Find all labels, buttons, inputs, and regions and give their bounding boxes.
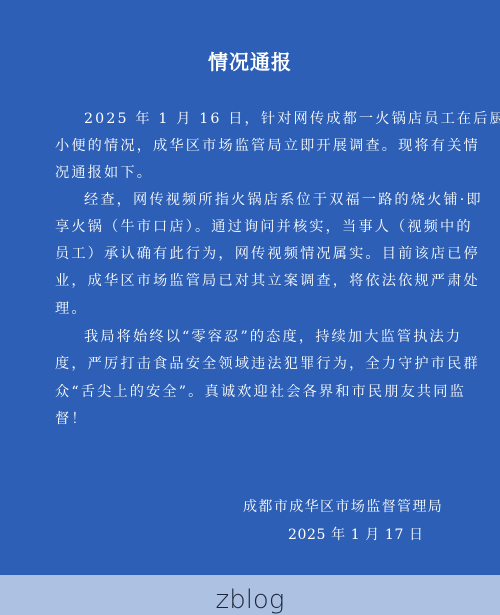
paragraph-1-line-2: 小便的情况，成华区市场监管局立即开展调查。现将有关情 (55, 137, 447, 155)
paragraph-2-line-2: 享火锅（牛市口店）。通过询问并核实，当事人（视频中的 (55, 218, 447, 236)
paragraph-3-line-4: 督！ (55, 410, 447, 428)
paragraph-3-line-3: 众“舌尖上的安全”。真诚欢迎社会各界和市民朋友共同监 (55, 383, 447, 401)
paragraph-3-line-2: 度，严厉打击食品安全领域违法犯罪行为，全力守护市民群 (55, 355, 447, 373)
paragraph-2-line-3: 员工）承认确有此行为，网传视频情况属实。目前该店已停 (55, 245, 447, 263)
issuer-name: 成都市成华区市场监督管理局 (243, 496, 443, 516)
paragraph-3-line-1: 我局将始终以“零容忍”的态度，持续加大监管执法力 (55, 328, 447, 346)
paragraph-1-line-1: 2025 年 1 月 16 日，针对网传成都一火锅店员工在后厨 (55, 110, 447, 128)
watermark-text: zblog (0, 585, 500, 615)
paragraph-2-line-4: 业，成华区市场监管局已对其立案调查，将依法依规严肃处 (55, 272, 447, 290)
notice-title: 情况通报 (0, 46, 500, 75)
paragraph-2-line-5: 理。 (55, 300, 447, 318)
issue-date: 2025 年 1 月 17 日 (288, 524, 424, 544)
notice-document: 情况通报 2025 年 1 月 16 日，针对网传成都一火锅店员工在后厨 小便的… (0, 0, 500, 575)
paragraph-1-line-3: 况通报如下。 (55, 164, 447, 182)
watermark-banner: zblog (0, 575, 500, 615)
paragraph-2-line-1: 经查，网传视频所指火锅店系位于双福一路的烧火铺·即 (55, 191, 447, 209)
